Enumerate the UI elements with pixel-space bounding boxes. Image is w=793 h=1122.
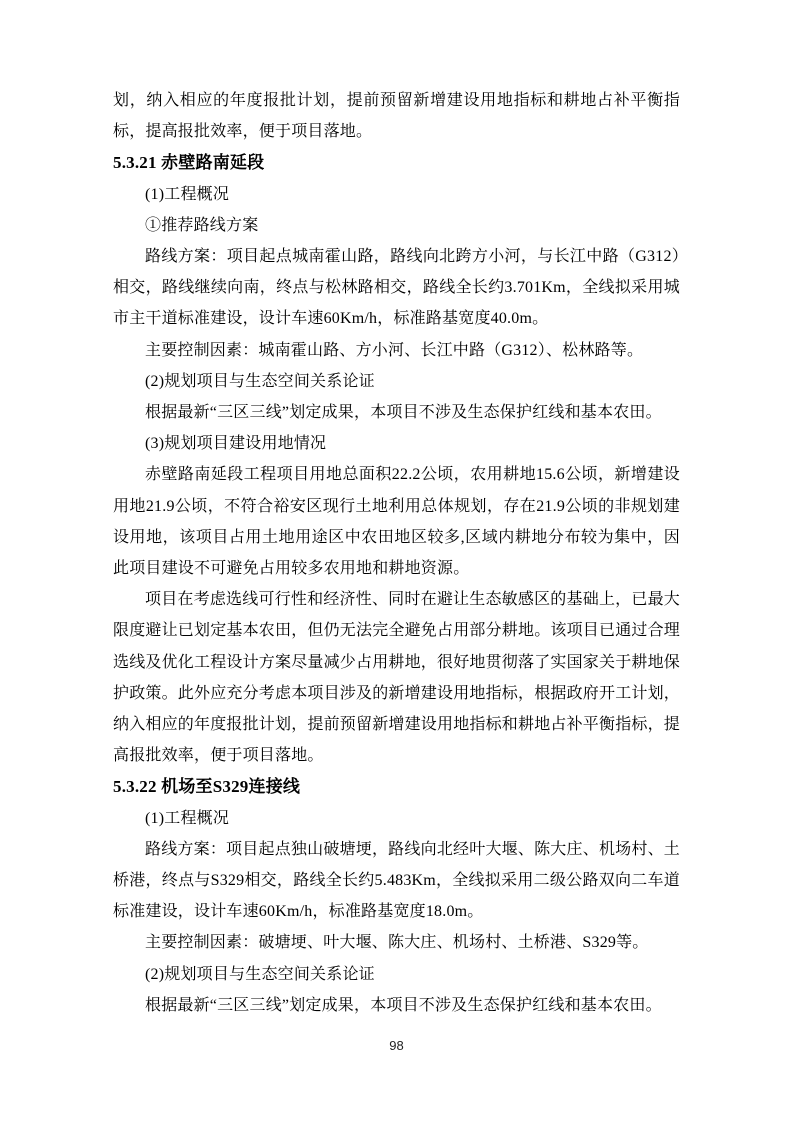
section-heading-5-3-21: 5.3.21 赤壁路南延段 bbox=[113, 147, 680, 178]
subheading-project-overview-2: (1)工程概况 bbox=[113, 803, 680, 834]
body-paragraph-continuation: 划，纳入相应的年度报批计划，提前预留新增建设用地指标和耕地占补平衡指标，提高报批… bbox=[113, 85, 680, 147]
document-body: 划，纳入相应的年度报批计划，提前预留新增建设用地指标和耕地占补平衡指标，提高报批… bbox=[113, 85, 680, 1021]
body-paragraph-three-zones-2: 根据最新“三区三线”划定成果，本项目不涉及生态保护红线和基本农田。 bbox=[113, 990, 680, 1021]
subheading-recommended-route: ①推荐路线方案 bbox=[113, 210, 680, 241]
page-number: 98 bbox=[0, 1036, 793, 1056]
document-page: 划，纳入相应的年度报批计划，提前预留新增建设用地指标和耕地占补平衡指标，提高报批… bbox=[0, 0, 793, 1122]
subheading-ecological-space: (2)规划项目与生态空间关系论证 bbox=[113, 366, 680, 397]
body-paragraph-route-plan-2: 路线方案：项目起点独山破塘埂，路线向北经叶大堰、陈大庄、机场村、土桥港，终点与S… bbox=[113, 834, 680, 928]
section-heading-5-3-22: 5.3.22 机场至S329连接线 bbox=[113, 771, 680, 802]
body-paragraph-control-factors-2: 主要控制因素：破塘埂、叶大堰、陈大庄、机场村、土桥港、S329等。 bbox=[113, 927, 680, 958]
body-paragraph-route-plan: 路线方案：项目起点城南霍山路，路线向北跨方小河，与长江中路（G312）相交，路线… bbox=[113, 241, 680, 335]
body-paragraph-route-selection: 项目在考虑选线可行性和经济性、同时在避让生态敏感区的基础上，已最大限度避让已划定… bbox=[113, 584, 680, 771]
body-paragraph-control-factors: 主要控制因素：城南霍山路、方小河、长江中路（G312）、松林路等。 bbox=[113, 335, 680, 366]
subheading-project-overview: (1)工程概况 bbox=[113, 179, 680, 210]
body-paragraph-land-area: 赤壁路南延段工程项目用地总面积22.2公顷，农用耕地15.6公顷，新增建设用地2… bbox=[113, 459, 680, 584]
body-paragraph-three-zones: 根据最新“三区三线”划定成果，本项目不涉及生态保护红线和基本农田。 bbox=[113, 397, 680, 428]
subheading-ecological-space-2: (2)规划项目与生态空间关系论证 bbox=[113, 959, 680, 990]
subheading-land-use: (3)规划项目建设用地情况 bbox=[113, 428, 680, 459]
